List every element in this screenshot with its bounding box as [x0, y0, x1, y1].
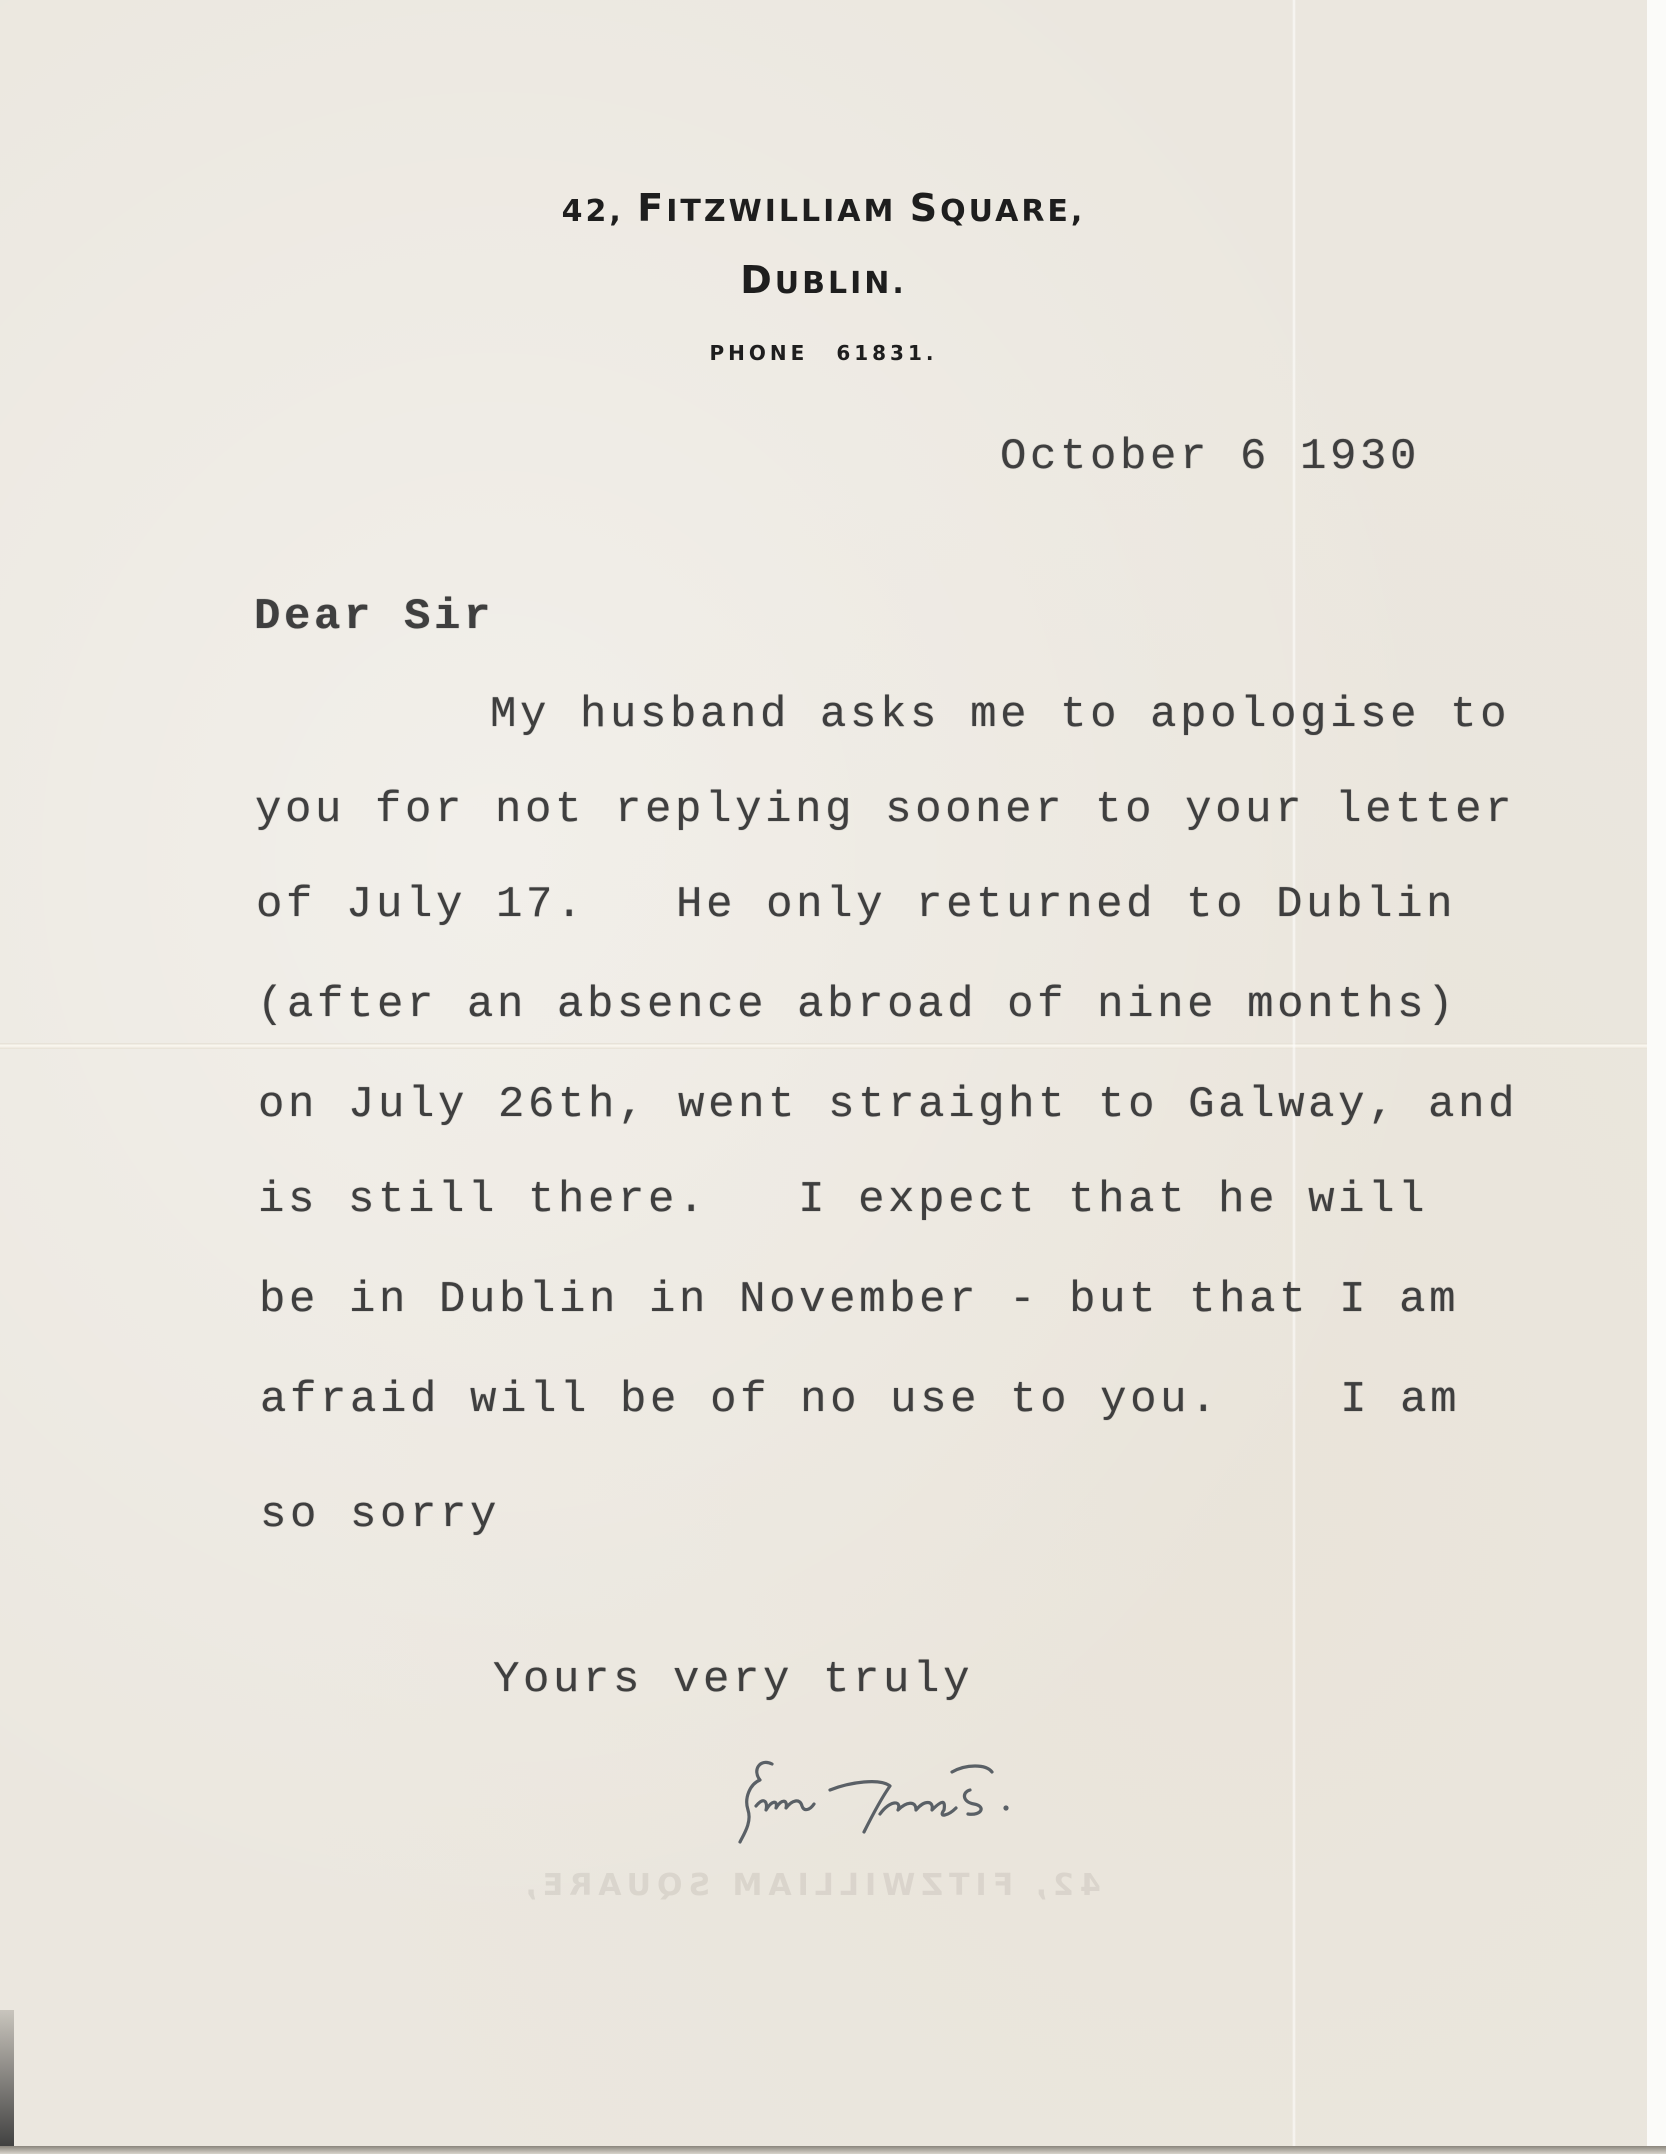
vertical-fold-crease: [1292, 0, 1296, 2146]
phone-label: PHONE: [710, 341, 809, 365]
address-fitzwilliam: ITZWILLIAM: [666, 194, 910, 229]
body-line: My husband asks me to apologise to: [490, 690, 1510, 740]
body-line: of July 17. He only returned to Dublin: [256, 880, 1456, 930]
address-square: QUARE,: [940, 194, 1085, 229]
letter-date: October 6 1930: [1000, 432, 1420, 482]
body-line: on July 26th, went straight to Galway, a…: [258, 1080, 1518, 1130]
address-initial-s: S: [910, 186, 940, 230]
handwritten-signature: George Yeats.: [730, 1750, 1110, 1850]
horizontal-fold-crease: [0, 1043, 1647, 1049]
phone-number: 61831.: [836, 341, 937, 365]
letterhead-city: DUBLIN.: [0, 258, 1647, 302]
body-line: so sorry: [260, 1490, 500, 1540]
address-initial-f: F: [637, 186, 666, 230]
bleed-through-letterhead: 42, FITZWILLIAM SQUARE,: [510, 1868, 1110, 1903]
body-line: is still there. I expect that he will: [258, 1175, 1428, 1225]
paper-bottom-edge: [0, 2146, 1666, 2154]
city-rest: UBLIN.: [775, 266, 907, 301]
city-initial: D: [740, 258, 775, 302]
signature-text: George Yeats.: [730, 1750, 737, 1751]
body-line: you for not replying sooner to your lett…: [255, 785, 1515, 835]
body-line: afraid will be of no use to you. I am: [260, 1375, 1460, 1425]
signature-icon: [730, 1750, 1110, 1850]
body-line: (after an absence abroad of nine months): [257, 980, 1457, 1030]
salutation: Dear Sir: [254, 592, 494, 642]
scan-edge-shadow: [0, 2010, 14, 2154]
scan-margin: [1647, 0, 1666, 2154]
body-line: be in Dublin in November - but that I am: [259, 1275, 1459, 1325]
letterhead-address: 42, FITZWILLIAM SQUARE,: [0, 186, 1647, 230]
address-number: 42,: [562, 194, 638, 229]
letterhead-phone: PHONE61831.: [0, 341, 1647, 365]
closing: Yours very truly: [493, 1655, 973, 1705]
